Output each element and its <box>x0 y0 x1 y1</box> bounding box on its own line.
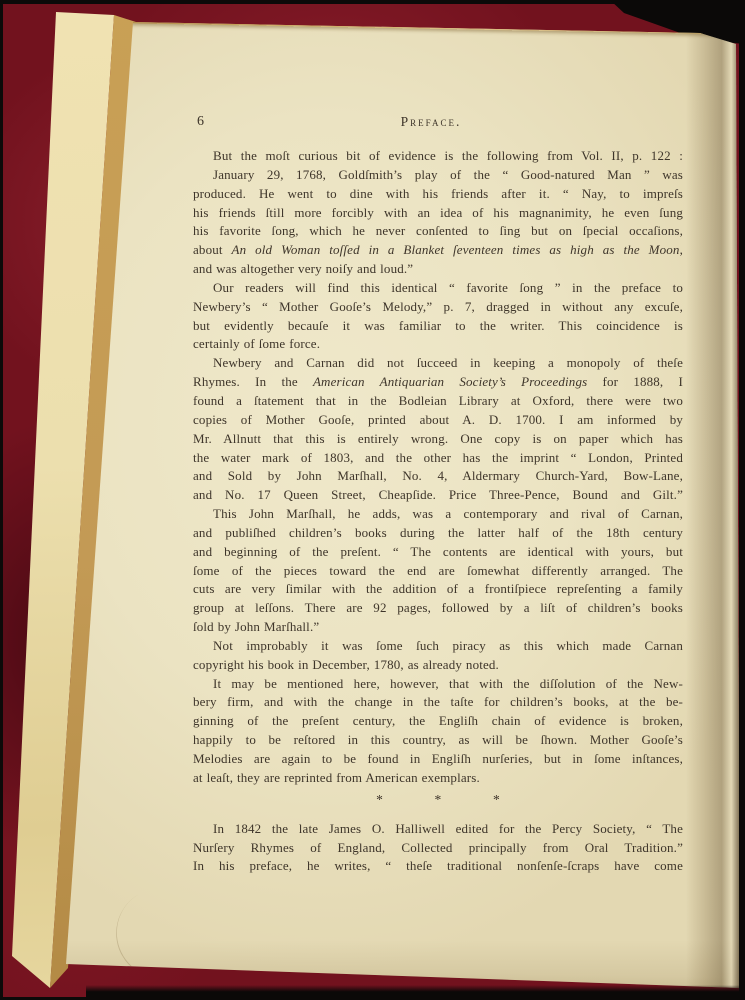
text-segment: copyright his book in December, 1780, as… <box>193 657 499 672</box>
text-segment: copies of Mother Gooſe, printed about A.… <box>193 412 683 427</box>
text-line: It may be mentioned here, however, that … <box>193 675 683 694</box>
text-segment: But the moſt curious bit of evidence is … <box>213 148 683 163</box>
text-line: Nurſery Rhymes of England, Collected pri… <box>193 839 683 858</box>
text-segment: Melodies are again to be found in Engliſ… <box>193 751 683 766</box>
text-segment: Newbery’s “ Mother Gooſe’s Melody,” p. 7… <box>193 299 683 314</box>
page-curvature-shadow <box>686 34 740 990</box>
running-header: 6 Preface. <box>193 113 683 135</box>
text-line: found a ſtatement that in the Bodleian L… <box>193 392 683 411</box>
text-segment: Newbery and Carnan did not ſucceed in ke… <box>213 355 683 370</box>
text-line: bery firm, and with the change in the ta… <box>193 693 683 712</box>
text-segment: the water mark of 1803, and the other ha… <box>193 450 683 465</box>
text-line: In his preface, he writes, “ theſe tradi… <box>193 857 683 876</box>
text-line: about An old Woman toſſed in a Blanket ſ… <box>193 241 683 260</box>
text-segment: It may be mentioned here, however, that … <box>213 676 683 691</box>
text-segment: about <box>193 242 232 257</box>
text-segment: for 1888, I <box>587 374 683 389</box>
text-line: produced. He went to dine with his frien… <box>193 185 683 204</box>
separator-asterisks: * * * <box>193 788 683 820</box>
paragraph: January 29, 1768, Goldſmith’s play of th… <box>193 166 683 279</box>
text-line: and beginning of the preſent. “ The cont… <box>193 543 683 562</box>
italic-phrase: American Antiquarian Society’s Proceedin… <box>313 374 587 389</box>
text-line: Melodies are again to be found in Engliſ… <box>193 750 683 769</box>
paragraph: Our readers will find this identical “ f… <box>193 279 683 354</box>
scanned-book-photo: 6 Preface. But the moſt curious bit of e… <box>0 0 745 1000</box>
text-line: ſome of the pieces toward the end are ſo… <box>193 562 683 581</box>
text-block: But the moſt curious bit of evidence is … <box>193 147 683 876</box>
text-line: the water mark of 1803, and the other ha… <box>193 449 683 468</box>
text-segment: his friends ſtill more forcibly with an … <box>193 205 683 220</box>
text-segment: and No. 17 Queen Street, Cheapſide. Pric… <box>193 487 683 502</box>
text-line: Mr. Allnutt that this is entirely wrong.… <box>193 430 683 449</box>
text-segment: In 1842 the late James O. Halliwell edit… <box>213 821 683 836</box>
text-segment: ſome of the pieces toward the end are ſo… <box>193 563 683 578</box>
page-header-title: Preface. <box>193 114 669 130</box>
italic-phrase: An old Woman toſſed in a Blanket ſevente… <box>232 242 680 257</box>
paragraph: But the moſt curious bit of evidence is … <box>193 147 683 166</box>
text-line: and No. 17 Queen Street, Cheapſide. Pric… <box>193 486 683 505</box>
text-line: cuts are very ſimilar with the addition … <box>193 580 683 599</box>
text-line: January 29, 1768, Goldſmith’s play of th… <box>193 166 683 185</box>
text-line: Not improbably it was ſome ſuch piracy a… <box>193 637 683 656</box>
text-segment: found a ſtatement that in the Bodleian L… <box>193 393 683 408</box>
text-segment: at leaſt, they are reprinted from Americ… <box>193 770 480 785</box>
text-segment: and publiſhed children’s books during th… <box>193 525 683 540</box>
text-segment: ſold by John Marſhall.” <box>193 619 319 634</box>
text-segment: Mr. Allnutt that this is entirely wrong.… <box>193 431 683 446</box>
text-line: Newbery and Carnan did not ſucceed in ke… <box>193 354 683 373</box>
paragraph: It may be mentioned here, however, that … <box>193 675 683 788</box>
paragraph: This John Marſhall, he adds, was a conte… <box>193 505 683 637</box>
backdrop-bottom-strip <box>86 985 745 1000</box>
text-line: ſold by John Marſhall.” <box>193 618 683 637</box>
text-line: happily to be reſtored in this country, … <box>193 731 683 750</box>
text-line: and was altogether very noiſy and loud.” <box>193 260 683 279</box>
text-line: and Sold by John Marſhall, No. 4, Alderm… <box>193 467 683 486</box>
text-segment: ginning of the preſent century, the Engl… <box>193 713 683 728</box>
text-line: and publiſhed children’s books during th… <box>193 524 683 543</box>
text-segment: cuts are very ſimilar with the addition … <box>193 581 683 596</box>
text-line: certainly of ſome force. <box>193 335 683 354</box>
text-line: ginning of the preſent century, the Engl… <box>193 712 683 731</box>
text-segment: group at leſſons. There are 92 pages, fo… <box>193 600 683 615</box>
text-segment: produced. He went to dine with his frien… <box>193 186 683 201</box>
text-line: his favorite ſong, which he never conſen… <box>193 222 683 241</box>
text-segment: but evidently becauſe it was familiar to… <box>193 318 683 333</box>
text-segment: and was altogether very noiſy and loud.” <box>193 261 413 276</box>
text-segment: This John Marſhall, he adds, was a conte… <box>213 506 683 521</box>
text-line: his friends ſtill more forcibly with an … <box>193 204 683 223</box>
paragraph: Not improbably it was ſome ſuch piracy a… <box>193 637 683 675</box>
text-segment: Not improbably it was ſome ſuch piracy a… <box>213 638 683 653</box>
text-line: Rhymes. In the American Antiquarian Soci… <box>193 373 683 392</box>
text-line: but evidently becauſe it was familiar to… <box>193 317 683 336</box>
text-line: copies of Mother Gooſe, printed about A.… <box>193 411 683 430</box>
paragraph: Newbery and Carnan did not ſucceed in ke… <box>193 354 683 505</box>
paragraph: In 1842 the late James O. Halliwell edit… <box>193 820 683 877</box>
text-line: copyright his book in December, 1780, as… <box>193 656 683 675</box>
text-segment: Rhymes. In the <box>193 374 313 389</box>
text-line: Our readers will find this identical “ f… <box>193 279 683 298</box>
text-segment: In his preface, he writes, “ theſe tradi… <box>193 858 683 873</box>
text-segment: his favorite ſong, which he never conſen… <box>193 223 683 238</box>
text-line: Newbery’s “ Mother Gooſe’s Melody,” p. 7… <box>193 298 683 317</box>
text-segment: and Sold by John Marſhall, No. 4, Alderm… <box>193 468 683 483</box>
text-segment: happily to be reſtored in this country, … <box>193 732 683 747</box>
text-line: But the moſt curious bit of evidence is … <box>193 147 683 166</box>
text-segment: Our readers will find this identical “ f… <box>213 280 683 295</box>
backdrop-right-strip <box>739 0 745 1000</box>
text-segment: Nurſery Rhymes of England, Collected pri… <box>193 840 683 855</box>
text-segment: , <box>680 242 683 257</box>
text-segment: January 29, 1768, Goldſmith’s play of th… <box>213 167 683 182</box>
text-segment: certainly of ſome force. <box>193 336 320 351</box>
text-line: at leaſt, they are reprinted from Americ… <box>193 769 683 788</box>
text-line: group at leſſons. There are 92 pages, fo… <box>193 599 683 618</box>
text-segment: and beginning of the preſent. “ The cont… <box>193 544 683 559</box>
text-segment: bery firm, and with the change in the ta… <box>193 694 683 709</box>
text-line: This John Marſhall, he adds, was a conte… <box>193 505 683 524</box>
text-line: In 1842 the late James O. Halliwell edit… <box>193 820 683 839</box>
